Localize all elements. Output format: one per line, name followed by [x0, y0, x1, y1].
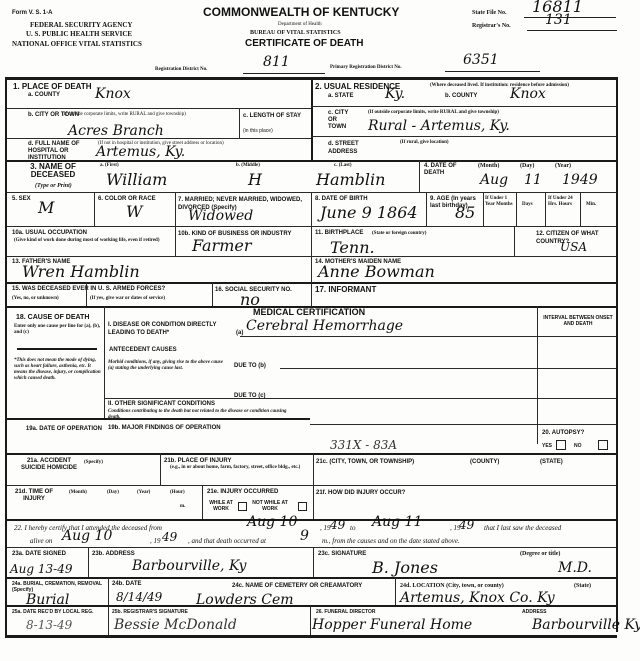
mother-value: Anne Bowman	[318, 262, 435, 281]
father-value: Wren Hamblin	[22, 262, 140, 281]
signature-label: 23c. SIGNATURE	[318, 551, 366, 557]
accident-specify-label: (Specify)	[84, 460, 103, 465]
place-of-death-heading: 1. PLACE OF DEATH	[13, 82, 92, 91]
first-name-value: William	[106, 170, 167, 189]
cause-instructions: Enter only one cause per line for (a), (…	[14, 324, 102, 336]
dob-label: 8. DATE OF BIRTH	[315, 196, 368, 202]
pod-county-value: Knox	[95, 86, 131, 102]
injury-m-label: m.	[180, 504, 185, 509]
not-at-work-checkbox[interactable]	[298, 502, 307, 511]
name-label: 3. NAME OF DECEASED	[13, 163, 93, 179]
funeral-director-value: Hopper Funeral Home	[312, 617, 472, 633]
date-of-death-label: 4. DATE OF DEATH	[424, 163, 460, 177]
antecedent-note: Morbid conditions, if any, giving rise t…	[108, 360, 226, 372]
pod-stay-label: c. LENGTH OF STAY	[243, 112, 309, 120]
injury-county-label: (COUNTY)	[470, 459, 499, 465]
birthplace-value: Tenn.	[330, 238, 375, 257]
birthplace-label: 11. BIRTHPLACE	[315, 230, 363, 236]
date-recd-value: 8-13-49	[26, 618, 72, 632]
ssn-label: 16. SOCIAL SECURITY NO.	[215, 286, 307, 294]
findings-label: 19b. MAJOR FINDINGS OF OPERATION	[108, 425, 221, 431]
injury-hour-label: (Hour)	[170, 490, 185, 495]
injury-occurred-label: 21e. INJURY OCCURRED	[207, 489, 278, 495]
director-address-value: Barbourville Ky	[532, 617, 640, 633]
at-work-checkbox[interactable]	[238, 502, 247, 511]
cause-of-death-label: 18. CAUSE OF DEATH	[16, 314, 89, 321]
pod-county-label: a. COUNTY	[28, 92, 60, 98]
res-state-value: Ky.	[385, 86, 405, 102]
injury-state-label: (STATE)	[540, 459, 563, 465]
sex-label: 5. SEX	[12, 196, 31, 202]
comma-19-c: , 19	[150, 537, 161, 545]
death-day-label: (Day)	[520, 163, 534, 169]
death-day-value: 11	[524, 172, 542, 188]
how-injury-label: 21f. HOW DID INJURY OCCUR?	[316, 490, 405, 496]
certify-text-2: that I last saw the deceased	[484, 524, 561, 532]
agency-line-3: NATIONAL OFFICE VITAL STATISTICS	[12, 40, 142, 48]
physician-degree: M.D.	[558, 560, 592, 576]
middle-name-value: H	[248, 170, 262, 189]
cause-a-value: Cerebral Hemorrhage	[246, 318, 403, 334]
injury-city-label: 21c. (CITY, TOWN, OR TOWNSHIP)	[316, 459, 414, 465]
cause-footnote: *This does not mean the mode of dying, s…	[14, 358, 102, 382]
reg-district-number: 811	[263, 54, 290, 70]
medical-cert-heading: MEDICAL CERTIFICATION	[253, 307, 365, 317]
op-date-label: 19a. DATE OF OPERATION	[16, 425, 102, 433]
death-certificate: Form V. S. 1-A FEDERAL SECURITY AGENCY U…	[0, 0, 640, 661]
marital-value: Widowed	[188, 208, 253, 224]
age-months-label: If Under 1 Year Months	[485, 196, 515, 208]
burial-date-label: 24b. DATE	[112, 581, 142, 587]
occupation-note: (Give kind of work done during most of w…	[14, 238, 174, 244]
place-of-injury-note: (e.g., in or about home, farm, factory, …	[170, 465, 315, 471]
registrar-signature: Bessie McDonald	[114, 617, 237, 633]
department: Department of Health	[278, 22, 322, 27]
injury-month-label: (Month)	[69, 490, 87, 495]
agency-line-1: FEDERAL SECURITY AGENCY	[30, 21, 132, 29]
not-at-work-label: NOT WHILE AT WORK	[250, 500, 290, 512]
age-days-label: Days	[522, 202, 533, 207]
cemetery-label: 24c. NAME OF CEMETERY OR CREAMATORY	[232, 583, 362, 589]
location-state-label: (State)	[574, 583, 591, 589]
occupation-label: 10a. USUAL OCCUPATION	[12, 230, 87, 236]
registrar-label: Registrar's No.	[472, 23, 511, 29]
business-value: Farmer	[192, 236, 252, 255]
citizen-value: USA	[560, 240, 587, 254]
certificate-title: CERTIFICATE OF DEATH	[245, 38, 364, 49]
comma-19-a: , 19	[320, 524, 331, 532]
race-value: W	[126, 202, 142, 221]
res-county-label: b. COUNTY	[445, 93, 477, 99]
age-hours-label: If Under 24 Hrs. Hours	[548, 196, 580, 208]
autopsy-yes-checkbox[interactable]	[556, 440, 566, 450]
autopsy-label: 20. AUTOPSY?	[542, 430, 584, 436]
injury-day-label: (Day)	[107, 490, 119, 495]
alive-year: 49	[162, 530, 177, 544]
death-year-value: 1949	[562, 172, 598, 188]
accident-label: 21a. ACCIDENT SUICIDE HOMICIDE	[16, 458, 82, 472]
armed-label: 15. WAS DECEASED EVER IN U. S. ARMED FOR…	[12, 286, 165, 292]
agency-line-2: U. S. PUBLIC HEALTH SERVICE	[26, 30, 132, 38]
death-occurred-text: , and that death occurred at	[188, 537, 266, 545]
res-county-value: Knox	[510, 86, 546, 102]
bureau: BUREAU OF VITAL STATISTICS	[250, 30, 341, 36]
address-label: 23b. ADDRESS	[92, 551, 135, 557]
autopsy-no-label: NO	[574, 443, 582, 449]
injury-year-label: (Year)	[137, 490, 150, 495]
res-city-note: (If outside corporate limits, write RURA…	[368, 110, 499, 115]
death-month-label: (Month)	[478, 163, 499, 169]
degree-label: (Degree or title)	[520, 551, 560, 557]
primary-reg-number: 6351	[463, 52, 499, 68]
last-name-value: Hamblin	[316, 170, 385, 189]
res-street-note: (If rural, give location)	[400, 140, 449, 145]
age-value: 85	[455, 203, 475, 222]
alive-on-label: alive on	[30, 537, 52, 545]
attended-to-date: Aug 11	[372, 514, 422, 530]
findings-value: 331X - 83A	[330, 438, 397, 452]
armed-note-b: (If yes, give war or dates of service)	[90, 296, 165, 301]
antecedent-label: ANTECEDENT CAUSES	[109, 347, 177, 353]
res-street-label: d. STREET ADDRESS	[328, 140, 368, 156]
res-city-label: c. CITY OR TOWN	[328, 110, 352, 131]
autopsy-no-checkbox[interactable]	[598, 440, 608, 450]
death-month-value: Aug	[480, 172, 508, 188]
registrar-number: 131	[545, 12, 572, 28]
place-of-injury-label: 21b. PLACE OF INJURY	[164, 458, 231, 464]
middle-name-label: b. (Middle)	[236, 163, 260, 168]
pod-stay-note: (in this place)	[243, 128, 273, 134]
state-file-label: State File No.	[472, 10, 507, 16]
dob-value: June 9 1864	[320, 203, 418, 222]
address-value: Barbourville, Ky	[132, 558, 246, 574]
birthplace-note: (State or foreign country)	[372, 231, 426, 236]
name-note: (Type or Print)	[35, 183, 72, 189]
to-year: 49	[459, 518, 474, 532]
certify-text-3: m., from the causes and on the date stat…	[322, 537, 460, 545]
date-signed-value: Aug 13-49	[10, 562, 72, 576]
to-label: to	[350, 524, 355, 532]
form-number: Form V. S. 1-A	[12, 10, 52, 16]
time-of-injury-label: 21d. TIME OF INJURY	[14, 489, 54, 503]
pod-hospital-value: Artemus, Ky.	[96, 144, 185, 160]
attended-from-date: Aug 10	[247, 514, 297, 530]
sex-value: M	[38, 198, 54, 217]
location-label: 24d. LOCATION (City, town, or county)	[400, 583, 504, 589]
death-year-label: (Year)	[555, 163, 571, 169]
pod-city-note: (If outside corporate limits, write RURA…	[62, 112, 237, 117]
age-min-label: Min.	[586, 202, 596, 207]
disease-label: I. DISEASE OR CONDITION DIRECTLY LEADING…	[108, 321, 233, 337]
pod-hospital-label: d. FULL NAME OF HOSPITAL OR INSTITUTION	[28, 141, 98, 162]
date-signed-label: 23a. DATE SIGNED	[12, 551, 66, 557]
reg-district-label: Registration District No.	[155, 67, 207, 72]
other-conditions-label: II. OTHER SIGNIFICANT CONDITIONS	[108, 401, 215, 407]
first-name-label: a. (First)	[100, 163, 119, 168]
informant-label: 17. INFORMANT	[315, 285, 376, 294]
pod-city-value: Acres Branch	[68, 123, 164, 139]
armed-note-a: (Yes, no, or unknown)	[12, 296, 59, 301]
interval-label: INTERVAL BETWEEN ONSET AND DEATH	[540, 315, 616, 327]
location-value: Artemus, Knox Co. Ky	[400, 590, 555, 606]
last-name-label: c. (Last)	[334, 163, 352, 168]
res-state-label: a. STATE	[328, 93, 353, 99]
due-to-b-label: DUE TO (b)	[234, 363, 266, 369]
funeral-director-label: 26. FUNERAL DIRECTOR	[316, 609, 376, 615]
burial-date-value: 8/14/49	[116, 590, 162, 604]
autopsy-yes-label: YES	[542, 443, 552, 449]
registrar-signature-label: 25b. REGISTRAR'S SIGNATURE	[112, 609, 188, 615]
director-address-label: ADDRESS	[522, 609, 546, 615]
page-title: COMMONWEALTH OF KENTUCKY	[203, 5, 399, 19]
death-time: 9	[300, 528, 309, 544]
physician-signature: B. Jones	[372, 558, 438, 577]
date-recd-label: 25a. DATE REC'D BY LOCAL REG.	[12, 609, 104, 616]
res-city-value: Rural - Artemus, Ky.	[368, 118, 510, 134]
primary-reg-label: Primary Registration District No.	[330, 65, 402, 70]
alive-on-date: Aug 10	[62, 528, 112, 544]
from-year: 49	[330, 518, 345, 532]
at-work-label: WHILE AT WORK	[206, 500, 236, 512]
